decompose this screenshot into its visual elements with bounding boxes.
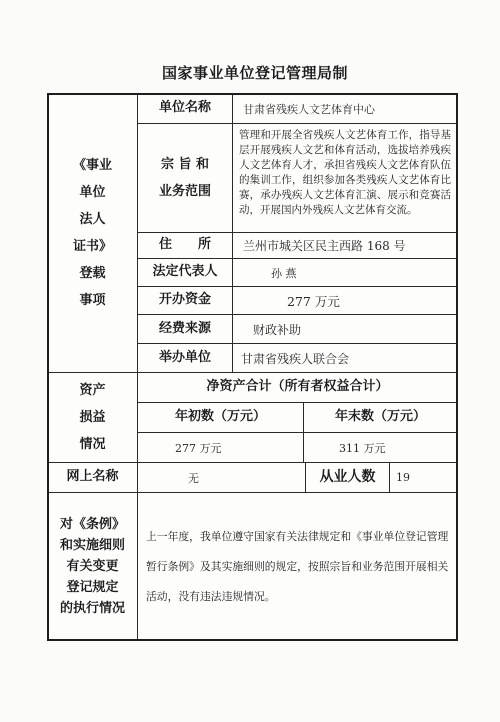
label-line: 证书》 (73, 233, 112, 260)
legal-rep-value: 孙 燕 (232, 258, 458, 287)
start-of-year-value: 277 万元 (137, 432, 304, 463)
capital-value: 277 万元 (232, 286, 458, 315)
label-line: 对《条例》 (60, 514, 125, 535)
staff-count-value: 19 (389, 462, 458, 493)
label-line: 的执行情况 (60, 598, 125, 619)
end-of-year-header: 年末数（万元） (303, 402, 458, 433)
label-line: 《事业 (73, 152, 112, 179)
unit-name-value: 甘肃省残疾人文艺体育中心 (232, 93, 458, 124)
purpose-value: 管理和开展全省残疾人文艺体育工作，指导基层开展残疾人文艺和体育活动，选拔培养残疾… (232, 123, 458, 233)
unit-name-label: 单位名称 (137, 93, 233, 124)
purpose-label: 宗 旨 和 业务范围 (137, 123, 233, 233)
issuer-title: 国家事业单位登记管理局制 (0, 62, 460, 83)
funding-source-label: 经费来源 (137, 314, 233, 344)
net-assets-header: 净资产合计（所有者权益合计） (137, 372, 458, 403)
label-line: 宗 旨 和 (161, 151, 209, 178)
label-line: 法人 (79, 206, 105, 233)
assets-section-label: 资产 损益 情况 (47, 372, 138, 463)
end-of-year-value: 311 万元 (303, 432, 458, 463)
sponsor-label: 举办单位 (137, 343, 233, 373)
label-line: 资产 (79, 377, 105, 404)
sponsor-value: 甘肃省残疾人联合会 (232, 343, 458, 373)
label-line: 和实施细则 (60, 535, 125, 556)
execution-label: 对《条例》 和实施细则 有关变更 登记规定 的执行情况 (47, 492, 138, 641)
legal-rep-label: 法定代表人 (137, 258, 233, 287)
label-line: 情况 (79, 431, 105, 458)
label-line: 登载 (79, 260, 105, 287)
address-value: 兰州市城关区民主西路 168 号 (232, 232, 458, 259)
staff-count-label: 从业人数 (305, 462, 390, 493)
label-line: 损益 (79, 404, 105, 431)
label-line: 事项 (79, 287, 105, 314)
start-of-year-header: 年初数（万元） (137, 402, 304, 433)
online-name-label: 网上名称 (47, 462, 138, 493)
label-line: 有关变更 (66, 556, 118, 577)
online-name-value: 无 (137, 462, 306, 493)
label-line: 业务范围 (159, 178, 211, 205)
funding-source-value: 财政补助 (232, 314, 458, 344)
label-line: 登记规定 (66, 577, 118, 598)
address-label: 住 所 (137, 232, 233, 259)
registration-section-label: 《事业 单位 法人 证书》 登载 事项 (47, 93, 138, 373)
label-line: 单位 (79, 179, 105, 206)
execution-text: 上一年度，我单位遵守国家有关法律规定和《事业单位登记管理暂行条例》及其实施细则的… (137, 492, 458, 641)
capital-label: 开办资金 (137, 286, 233, 315)
